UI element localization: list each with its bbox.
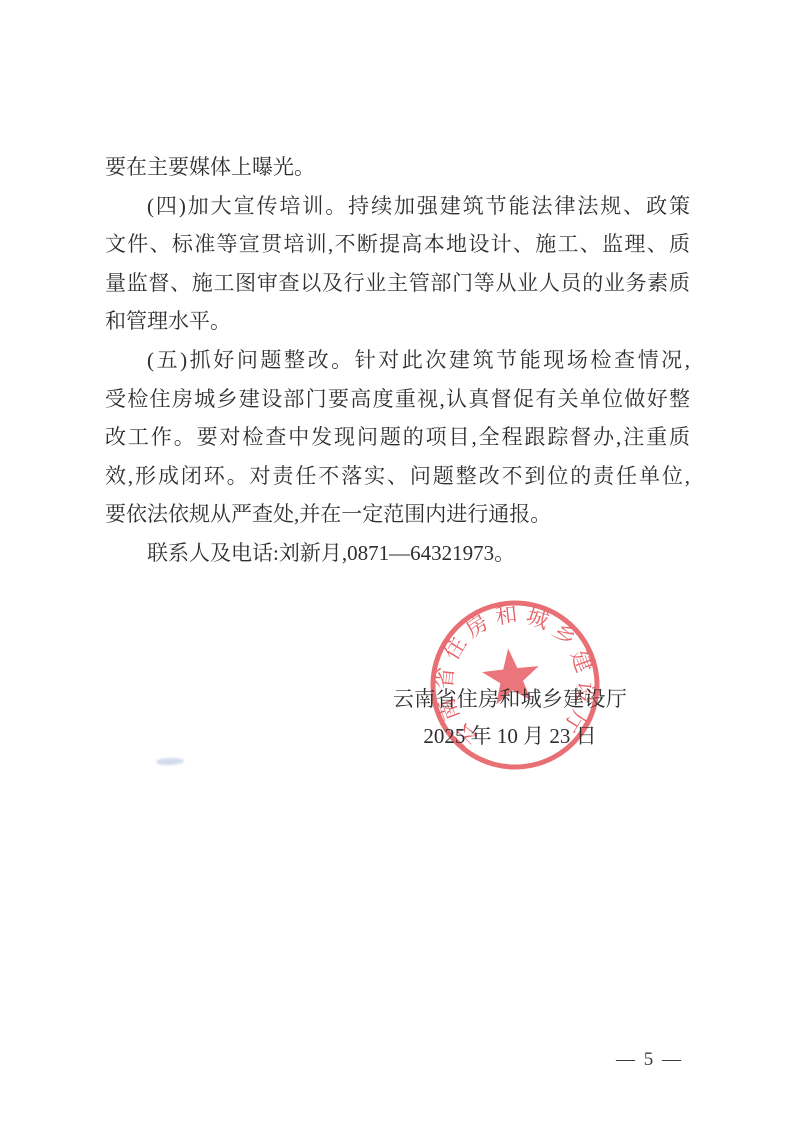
body-line: 受检住房城乡建设部门要高度重视,认真督促有关单位做好整 bbox=[105, 380, 690, 419]
body-line: 改工作。要对检查中发现问题的项目,全程跟踪督办,注重质 bbox=[105, 418, 690, 457]
page-number: — 5 — bbox=[616, 1049, 683, 1071]
scan-artifact bbox=[156, 758, 184, 766]
contact-line: 联系人及电话:刘新月,0871—64321973。 bbox=[105, 534, 690, 573]
signature-organization: 云南省住房和城乡建设厅 bbox=[350, 683, 670, 713]
body-line-paragraph-start: (四)加大宣传培训。持续加强建筑节能法律法规、政策 bbox=[105, 187, 690, 226]
body-line: 文件、标准等宣贯培训,不断提高本地设计、施工、监理、质 bbox=[105, 225, 690, 264]
body-line: 要在主要媒体上曝光。 bbox=[105, 148, 690, 187]
signature-date: 2025 年 10 月 23 日 bbox=[350, 720, 670, 750]
body-line: 和管理水平。 bbox=[105, 302, 690, 341]
document-body: 要在主要媒体上曝光。 (四)加大宣传培训。持续加强建筑节能法律法规、政策 文件、… bbox=[105, 148, 690, 573]
document-page: 要在主要媒体上曝光。 (四)加大宣传培训。持续加强建筑节能法律法规、政策 文件、… bbox=[0, 0, 791, 1121]
body-line: 要依法依规从严查处,并在一定范围内进行通报。 bbox=[105, 495, 690, 534]
body-line-paragraph-start: (五)抓好问题整改。针对此次建筑节能现场检查情况, bbox=[105, 341, 690, 380]
body-line: 量监督、施工图审查以及行业主管部门等从业人员的业务素质 bbox=[105, 264, 690, 303]
body-line: 效,形成闭环。对责任不落实、问题整改不到位的责任单位, bbox=[105, 457, 690, 496]
